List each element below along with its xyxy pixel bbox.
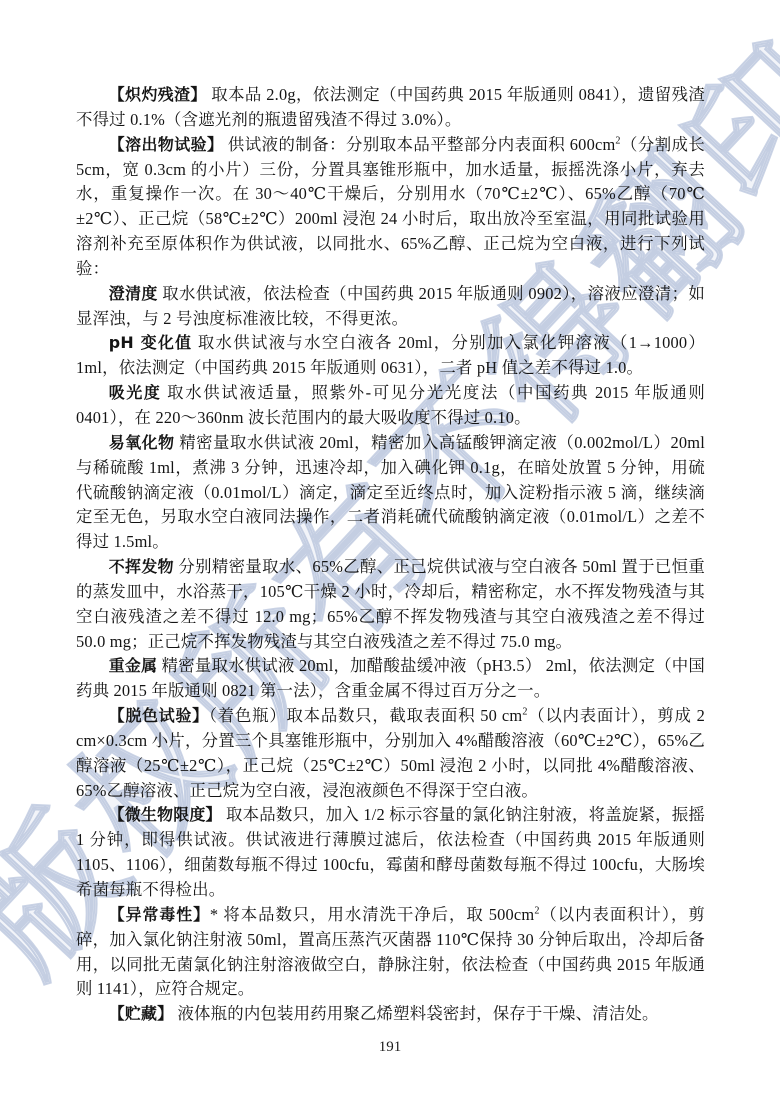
document-content: 【炽灼残渣】 取本品 2.0g，依法测定（中国药典 2015 年版通则 0841… (76, 83, 705, 1027)
paragraph: 【微生物限度】 取本品数只，加入 1/2 标示容量的氯化钠注射液，将盖旋紧，振摇… (76, 803, 705, 902)
paragraph: pH 变化值 取水供试液与水空白液各 20ml，分别加入氯化钾溶液（1→1000… (76, 331, 705, 381)
section-heading: 澄清度 (109, 284, 158, 303)
text-run: （分割成长 5cm，宽 0.3cm 的小片）三份，分置具塞锥形瓶中，加水适量，振… (76, 135, 705, 278)
document-page: 版权所有不得翻印 【炽灼残渣】 取本品 2.0g，依法测定（中国药典 2015 … (0, 0, 780, 1103)
text-run: 液体瓶的内包装用药用聚乙烯塑料袋密封，保存于干燥、清洁处。 (173, 1004, 658, 1023)
paragraph: 不挥发物 分别精密量取水、65%乙醇、正己烷供试液与空白液各 50ml 置于已恒… (76, 555, 705, 654)
section-heading: pH 变化值 (109, 333, 193, 352)
paragraph: 易氧化物 精密量取水供试液 20ml，精密加入高锰酸钾滴定液（0.002mol/… (76, 431, 705, 555)
section-heading: 重金属 (109, 656, 157, 675)
section-heading: 吸光度 (109, 383, 162, 402)
text-run: 取水供试液，依法检查（中国药典 2015 年版通则 0902），溶液应澄清；如显… (76, 284, 705, 328)
paragraph: 【异常毒性】* 将本品数只，用水清洗干净后，取 500cm2（以内表面积计），剪… (76, 903, 705, 1002)
paragraph: 吸光度 取水供试液适量，照紫外-可见分光光度法（中国药典 2015 年版通则 0… (76, 381, 705, 431)
section-heading: 不挥发物 (109, 557, 174, 576)
text-run: * 将本品数只，用水清洗干净后，取 500cm (210, 905, 534, 924)
paragraph: 【溶出物试验】 供试液的制备：分别取本品平整部分内表面积 600cm2（分割成长… (76, 133, 705, 282)
paragraph: 【炽灼残渣】 取本品 2.0g，依法测定（中国药典 2015 年版通则 0841… (76, 83, 705, 133)
section-heading: 【贮藏】 (109, 1004, 173, 1023)
section-heading: 【炽灼残渣】 (109, 85, 207, 104)
paragraph: 重金属 精密量取水供试液 20ml，加醋酸盐缓冲液（pH3.5） 2ml，依法测… (76, 654, 705, 704)
paragraph: 【贮藏】 液体瓶的内包装用药用聚乙烯塑料袋密封，保存于干燥、清洁处。 (76, 1002, 705, 1027)
section-heading: 【异常毒性】 (109, 905, 210, 924)
section-heading: 【脱色试验】 (109, 706, 209, 725)
text-run: 精密量取水供试液 20ml，加醋酸盐缓冲液（pH3.5） 2ml，依法测定（中国… (76, 656, 705, 700)
text-run: （着色瓶）取本品数只，截取表面积 50 cm (209, 706, 523, 725)
section-heading: 【微生物限度】 (109, 805, 222, 824)
text-run: 供试液的制备：分别取本品平整部分内表面积 600cm (223, 135, 615, 154)
paragraph: 澄清度 取水供试液，依法检查（中国药典 2015 年版通则 0902），溶液应澄… (76, 282, 705, 332)
section-heading: 易氧化物 (109, 433, 175, 452)
paragraph: 【脱色试验】（着色瓶）取本品数只，截取表面积 50 cm2（以内表面计），剪成 … (76, 704, 705, 803)
page-number: 191 (0, 1039, 780, 1056)
section-heading: 【溶出物试验】 (109, 135, 224, 154)
text-run: 取水供试液适量，照紫外-可见分光光度法（中国药典 2015 年版通则 0401）… (76, 383, 705, 427)
